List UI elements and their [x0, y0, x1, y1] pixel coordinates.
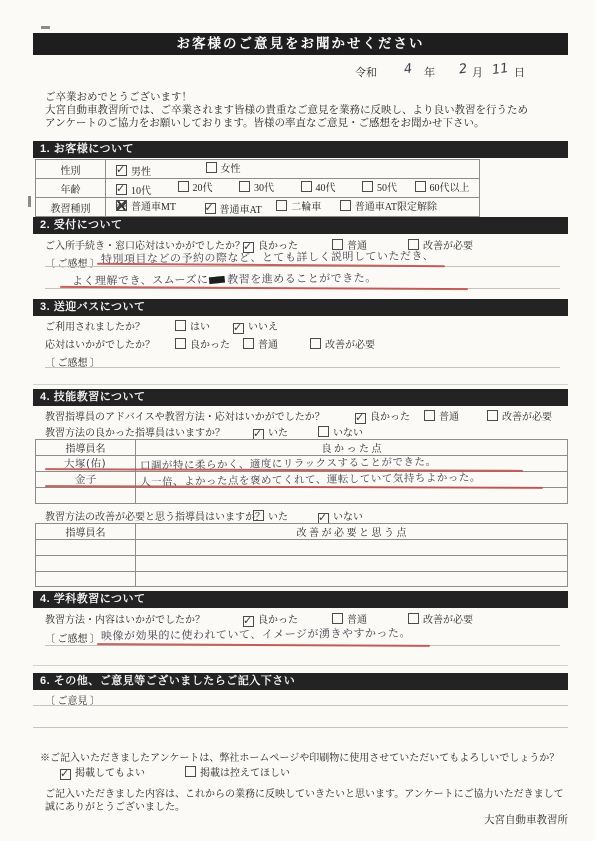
bus-yes-checkbox[interactable] [175, 320, 186, 331]
red-underline [60, 286, 468, 290]
bus-good-checkbox[interactable] [175, 338, 186, 349]
bus-option-no[interactable]: ✓いいえ [233, 318, 278, 334]
table-row [36, 556, 568, 572]
bus-improve-checkbox[interactable] [310, 338, 321, 349]
closing-line: 誠にありがとうございました。 [45, 798, 185, 813]
academic-normal-checkbox[interactable] [332, 613, 343, 624]
skill-q1-option-good[interactable]: ✓良かった [355, 408, 410, 424]
course-motorcycle-checkbox[interactable] [276, 200, 287, 211]
answer-line [45, 367, 560, 368]
skill-q1: 教習指導員のアドバイスや教習方法・応対はいかがでしたか？ [45, 408, 325, 423]
course-option-motorcycle[interactable]: 二輪車 [276, 198, 321, 213]
age-option-30s[interactable]: 30代 [239, 179, 274, 194]
skill-q3-option-inai[interactable]: ✓いない [318, 508, 363, 524]
date-month-unit: 月 [472, 64, 483, 80]
gender-female-checkbox[interactable] [206, 162, 217, 173]
age-10s-checkbox[interactable]: ✓ [116, 184, 127, 195]
course-mt-checkbox[interactable] [116, 200, 127, 211]
survey-form-page: お客様のご意見をお聞かせください 令和 4 年 2 月 11 日 ご卒業おめでと… [0, 0, 595, 841]
section-reception-header: 2. 受付について [33, 217, 568, 234]
age-option-20s[interactable]: 20代 [178, 179, 213, 194]
date-year-value: 4 [403, 61, 413, 77]
academic-improve-checkbox[interactable] [408, 613, 419, 624]
customer-table: 性別 ✓男性 女性 年齢 ✓10代 20代 30代 40代 50代 60代以上 … [35, 159, 480, 217]
red-underline [97, 643, 430, 647]
publication-decline-checkbox[interactable] [185, 766, 196, 777]
answer-line [33, 705, 568, 706]
scribbled-out-text: ■■ [208, 274, 224, 286]
skill-q3-ita-checkbox[interactable] [253, 510, 264, 521]
publication-allow-checkbox[interactable]: ✓ [60, 769, 71, 780]
skill-q1-improve-checkbox[interactable] [487, 410, 498, 421]
section-bus-header: 3. 送迎バスについて [33, 299, 568, 316]
age-60s-checkbox[interactable] [415, 181, 426, 192]
skill-q1-good-checkbox[interactable]: ✓ [355, 413, 366, 424]
publication-note: ※ご記入いただきましたアンケートは、弊社ホームページや印刷物に使用させていただい… [40, 749, 559, 764]
page-title: お客様のご意見をお聞かせください [33, 33, 568, 55]
greeting-line: アンケートのご協力をお願いしております。皆様の率直なご意見・ご感想をお聞かせ下さ… [45, 115, 485, 130]
skill-q2-inai-checkbox[interactable] [318, 426, 329, 437]
scan-artifact [28, 196, 31, 207]
gender-option-female[interactable]: 女性 [206, 160, 241, 175]
answer-line [33, 727, 568, 728]
section-skill-header: 4. 技能教習について [33, 389, 568, 406]
bus-normal-checkbox[interactable] [243, 338, 254, 349]
date-era-label: 令和 [355, 64, 377, 80]
good-table-col2: 良 か っ た 点 [136, 440, 568, 456]
scan-artifact [41, 26, 50, 29]
section-other-header: 6. その他、ご意見等ございましたらご記入下さい [33, 673, 568, 690]
bus-option-good[interactable]: 良かった [175, 336, 230, 351]
age-option-10s[interactable]: ✓10代 [116, 182, 151, 197]
academic-comment-label: 〔 ご感想 〕 [45, 630, 100, 645]
academic-option-good[interactable]: ✓良かった [243, 611, 298, 627]
age-option-60s-plus[interactable]: 60代以上 [415, 179, 470, 194]
publication-option-decline[interactable]: 掲載は控えてほしい [185, 764, 290, 779]
table-row [36, 488, 568, 504]
course-at-release-checkbox[interactable] [340, 200, 351, 211]
skill-improve-table: 指導員名 改 善 が 必 要 と 思 う 点 [35, 523, 568, 587]
age-option-50s[interactable]: 50代 [362, 179, 397, 194]
section-customer-header: 1. お客様について [33, 141, 568, 158]
course-option-at[interactable]: ✓普通車AT [205, 201, 262, 216]
course-option-mt[interactable]: 普通車MT [116, 198, 176, 213]
date-year-unit: 年 [424, 64, 435, 80]
course-at-checkbox[interactable]: ✓ [205, 203, 216, 214]
age-label: 年齢 [36, 179, 106, 198]
skill-q3: 教習方法の改善が必要と思う指導員はいますか？ [45, 508, 265, 523]
age-30s-checkbox[interactable] [239, 181, 250, 192]
gender-label: 性別 [36, 160, 106, 179]
course-option-at-limit-release[interactable]: 普通車AT限定解除 [340, 198, 437, 213]
answer-line [33, 665, 568, 666]
date-month-value: 2 [458, 61, 468, 77]
age-20s-checkbox[interactable] [178, 181, 189, 192]
skill-q2-option-inai[interactable]: いない [318, 424, 363, 439]
bus-q1: ご利用されましたか？ [45, 318, 145, 333]
gender-male-checkbox[interactable]: ✓ [116, 165, 127, 176]
academic-comment: 映像が効果的に使われていて、イメージが湧きやすかった。 [101, 624, 411, 643]
skill-q3-option-ita[interactable]: いた [253, 508, 288, 523]
table-row [36, 572, 568, 587]
bus-q2: 応対はいかがでしたか？ [45, 336, 155, 351]
age-option-40s[interactable]: 40代 [301, 179, 336, 194]
skill-q2-option-ita[interactable]: ✓いた [253, 424, 288, 440]
improve-table-col1: 指導員名 [36, 524, 136, 540]
academic-option-improve[interactable]: 改善が必要 [408, 611, 473, 626]
skill-q1-option-normal[interactable]: 普通 [424, 408, 459, 423]
age-50s-checkbox[interactable] [362, 181, 373, 192]
gender-option-male[interactable]: ✓男性 [116, 163, 151, 178]
academic-option-normal[interactable]: 普通 [332, 611, 367, 626]
reception-comment-label: 〔 ご感想 〕 [45, 255, 100, 270]
course-label: 教習種別 [36, 198, 106, 217]
skill-q1-normal-checkbox[interactable] [424, 410, 435, 421]
section-academic-header: 4. 学科教習について [33, 591, 568, 608]
answer-line [33, 384, 568, 385]
skill-q1-option-improve[interactable]: 改善が必要 [487, 408, 552, 423]
bus-option-normal[interactable]: 普通 [243, 336, 278, 351]
age-40s-checkbox[interactable] [301, 181, 312, 192]
bus-no-checkbox[interactable]: ✓ [233, 323, 244, 334]
bus-option-improve[interactable]: 改善が必要 [310, 336, 375, 351]
date-day-value: 11 [491, 61, 509, 78]
signature: 大宮自動車教習所 [350, 812, 568, 827]
good-table-col1: 指導員名 [36, 440, 136, 456]
skill-q2: 教習方法の良かった指導員はいますか？ [45, 424, 225, 439]
bus-option-yes[interactable]: はい [175, 318, 210, 333]
date-day-unit: 日 [514, 64, 525, 80]
academic-question: 教習方法・内容はいかがでしたか？ [45, 611, 205, 626]
table-row [36, 540, 568, 556]
improve-table-col2: 改 善 が 必 要 と 思 う 点 [136, 524, 568, 540]
publication-option-allow[interactable]: ✓掲載してもよい [60, 764, 145, 780]
